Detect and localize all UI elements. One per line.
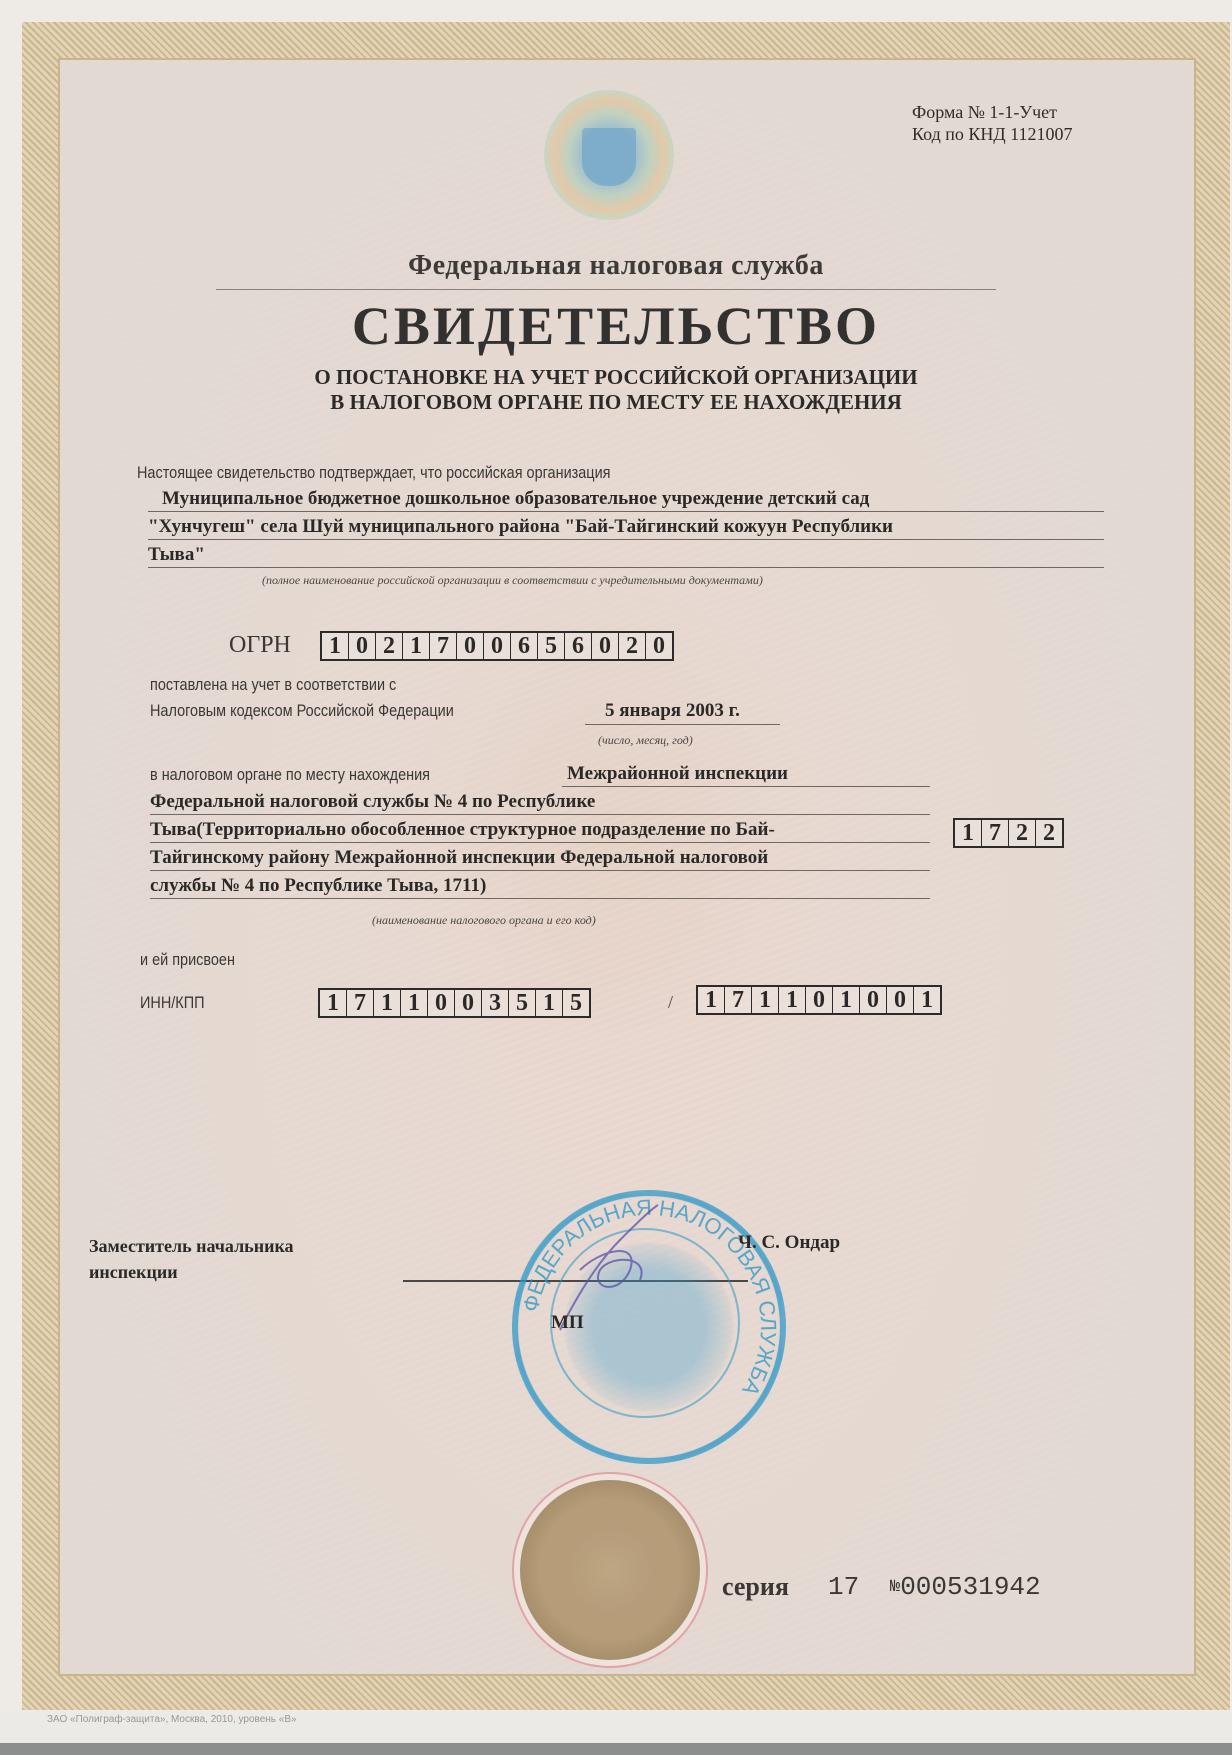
organization-name-line-1: Муниципальное бюджетное дошкольное образ… bbox=[162, 488, 869, 510]
digit-cell: 7 bbox=[982, 820, 1009, 846]
digit-cell: 0 bbox=[887, 987, 914, 1013]
digit-cell: 2 bbox=[376, 633, 403, 659]
digit-cell: 0 bbox=[646, 633, 672, 659]
organization-intro: Настоящее свидетельство подтверждает, чт… bbox=[137, 463, 610, 483]
printer-note: ЗАО «Полиграф-защита», Москва, 2010, уро… bbox=[47, 1714, 297, 1725]
digit-cell: 1 bbox=[374, 990, 401, 1016]
inn-kpp-label: ИНН/КПП bbox=[140, 993, 204, 1013]
digit-cell: 7 bbox=[430, 633, 457, 659]
subtitle-line-1: О ПОСТАНОВКЕ НА УЧЕТ РОССИЙСКОЙ ОРГАНИЗА… bbox=[0, 365, 1232, 390]
underline bbox=[585, 724, 780, 725]
organization-name-line-2: "Хунчугеш" села Шуй муниципального район… bbox=[148, 516, 893, 538]
underline bbox=[150, 842, 930, 843]
tax-authority-code-field: 1722 bbox=[953, 818, 1064, 848]
digit-cell: 0 bbox=[428, 990, 455, 1016]
underline bbox=[148, 567, 1104, 568]
underline bbox=[150, 814, 930, 815]
digit-cell: 2 bbox=[1009, 820, 1036, 846]
underline bbox=[148, 539, 1104, 540]
assigned-intro: и ей присвоен bbox=[140, 950, 235, 970]
underline bbox=[150, 870, 930, 871]
registration-date-hint: (число, месяц, год) bbox=[598, 733, 693, 748]
inn-kpp-separator: / bbox=[668, 992, 673, 1013]
document-subtitle: О ПОСТАНОВКЕ НА УЧЕТ РОССИЙСКОЙ ОРГАНИЗА… bbox=[0, 365, 1232, 415]
hologram-shield-icon bbox=[582, 128, 636, 186]
digit-cell: 0 bbox=[457, 633, 484, 659]
registration-line-1: поставлена на учет в соответствии с bbox=[150, 675, 396, 695]
signatory-position-line-2: инспекции bbox=[89, 1262, 178, 1283]
digit-cell: 5 bbox=[563, 990, 589, 1016]
tax-authority-intro: в налоговом органе по месту нахождения bbox=[150, 765, 430, 785]
form-code-block: Форма № 1-1-Учет Код по КНД 1121007 bbox=[912, 101, 1073, 145]
digit-cell: 1 bbox=[322, 633, 349, 659]
digit-cell: 1 bbox=[403, 633, 430, 659]
registration-date: 5 января 2003 г. bbox=[605, 700, 740, 722]
digit-cell: 5 bbox=[509, 990, 536, 1016]
digit-cell: 2 bbox=[619, 633, 646, 659]
subtitle-line-2: В НАЛОГОВОМ ОРГАНЕ ПО МЕСТУ ЕЕ НАХОЖДЕНИ… bbox=[0, 390, 1232, 415]
divider bbox=[216, 289, 996, 290]
organization-name-line-3: Тыва" bbox=[148, 544, 205, 566]
signatory-name: Ч. С. Ондар bbox=[738, 1232, 840, 1254]
digit-cell: 5 bbox=[538, 633, 565, 659]
certificate-number: №000531942 bbox=[890, 1572, 1041, 1602]
digit-cell: 0 bbox=[592, 633, 619, 659]
digit-cell: 7 bbox=[725, 987, 752, 1013]
digit-cell: 6 bbox=[511, 633, 538, 659]
scan-edge bbox=[0, 1743, 1232, 1755]
digit-cell: 1 bbox=[779, 987, 806, 1013]
form-number: Форма № 1-1-Учет bbox=[912, 101, 1073, 123]
eagle-emblem-icon bbox=[565, 1525, 655, 1615]
digit-cell: 1 bbox=[698, 987, 725, 1013]
underline bbox=[150, 898, 930, 899]
tax-authority-line-1: Межрайонной инспекции bbox=[567, 763, 788, 785]
digit-cell: 1 bbox=[833, 987, 860, 1013]
tax-authority-line-5: службы № 4 по Республике Тыва, 1711) bbox=[150, 875, 486, 897]
document-title: СВИДЕТЕЛЬСТВО bbox=[0, 295, 1232, 357]
digit-cell: 1 bbox=[955, 820, 982, 846]
digit-cell: 0 bbox=[455, 990, 482, 1016]
digit-cell: 0 bbox=[860, 987, 887, 1013]
digit-cell: 1 bbox=[914, 987, 940, 1013]
certificate-number-value: 000531942 bbox=[900, 1572, 1040, 1602]
digit-cell: 0 bbox=[806, 987, 833, 1013]
digit-cell: 1 bbox=[536, 990, 563, 1016]
registration-line-2: Налоговым кодексом Российской Федерации bbox=[150, 701, 454, 721]
tax-authority-line-3: Тыва(Территориально обособленное структу… bbox=[150, 819, 775, 841]
tax-authority-hint: (наименование налогового органа и его ко… bbox=[372, 913, 596, 928]
tax-authority-line-2: Федеральной налоговой службы № 4 по Респ… bbox=[150, 791, 595, 813]
digit-cell: 0 bbox=[349, 633, 376, 659]
inn-field: 1711003515 bbox=[318, 988, 591, 1018]
underline bbox=[562, 786, 930, 787]
number-sign: № bbox=[890, 1578, 900, 1597]
digit-cell: 0 bbox=[484, 633, 511, 659]
digit-cell: 1 bbox=[752, 987, 779, 1013]
digit-cell: 3 bbox=[482, 990, 509, 1016]
digit-cell: 6 bbox=[565, 633, 592, 659]
series-value: 17 bbox=[828, 1572, 859, 1602]
certificate-page: ЗАО «Полиграф-защита», Москва, 2010, уро… bbox=[0, 0, 1232, 1755]
digit-cell: 7 bbox=[347, 990, 374, 1016]
knd-code: Код по КНД 1121007 bbox=[912, 123, 1073, 145]
digit-cell: 2 bbox=[1036, 820, 1062, 846]
kpp-field: 171101001 bbox=[696, 985, 942, 1015]
seal-mark: МП bbox=[551, 1312, 584, 1334]
digit-cell: 1 bbox=[401, 990, 428, 1016]
signatory-position-line-1: Заместитель начальника bbox=[89, 1236, 294, 1257]
ogrn-field: 1021700656020 bbox=[320, 631, 674, 661]
organization-name-hint: (полное наименование российской организа… bbox=[262, 573, 763, 588]
ogrn-label: ОГРН bbox=[229, 632, 291, 659]
tax-authority-line-4: Тайгинскому району Межрайонной инспекции… bbox=[150, 847, 768, 869]
digit-cell: 1 bbox=[320, 990, 347, 1016]
underline bbox=[148, 511, 1104, 512]
series-label: серия bbox=[722, 1572, 789, 1602]
agency-name: Федеральная налоговая служба bbox=[0, 250, 1232, 282]
